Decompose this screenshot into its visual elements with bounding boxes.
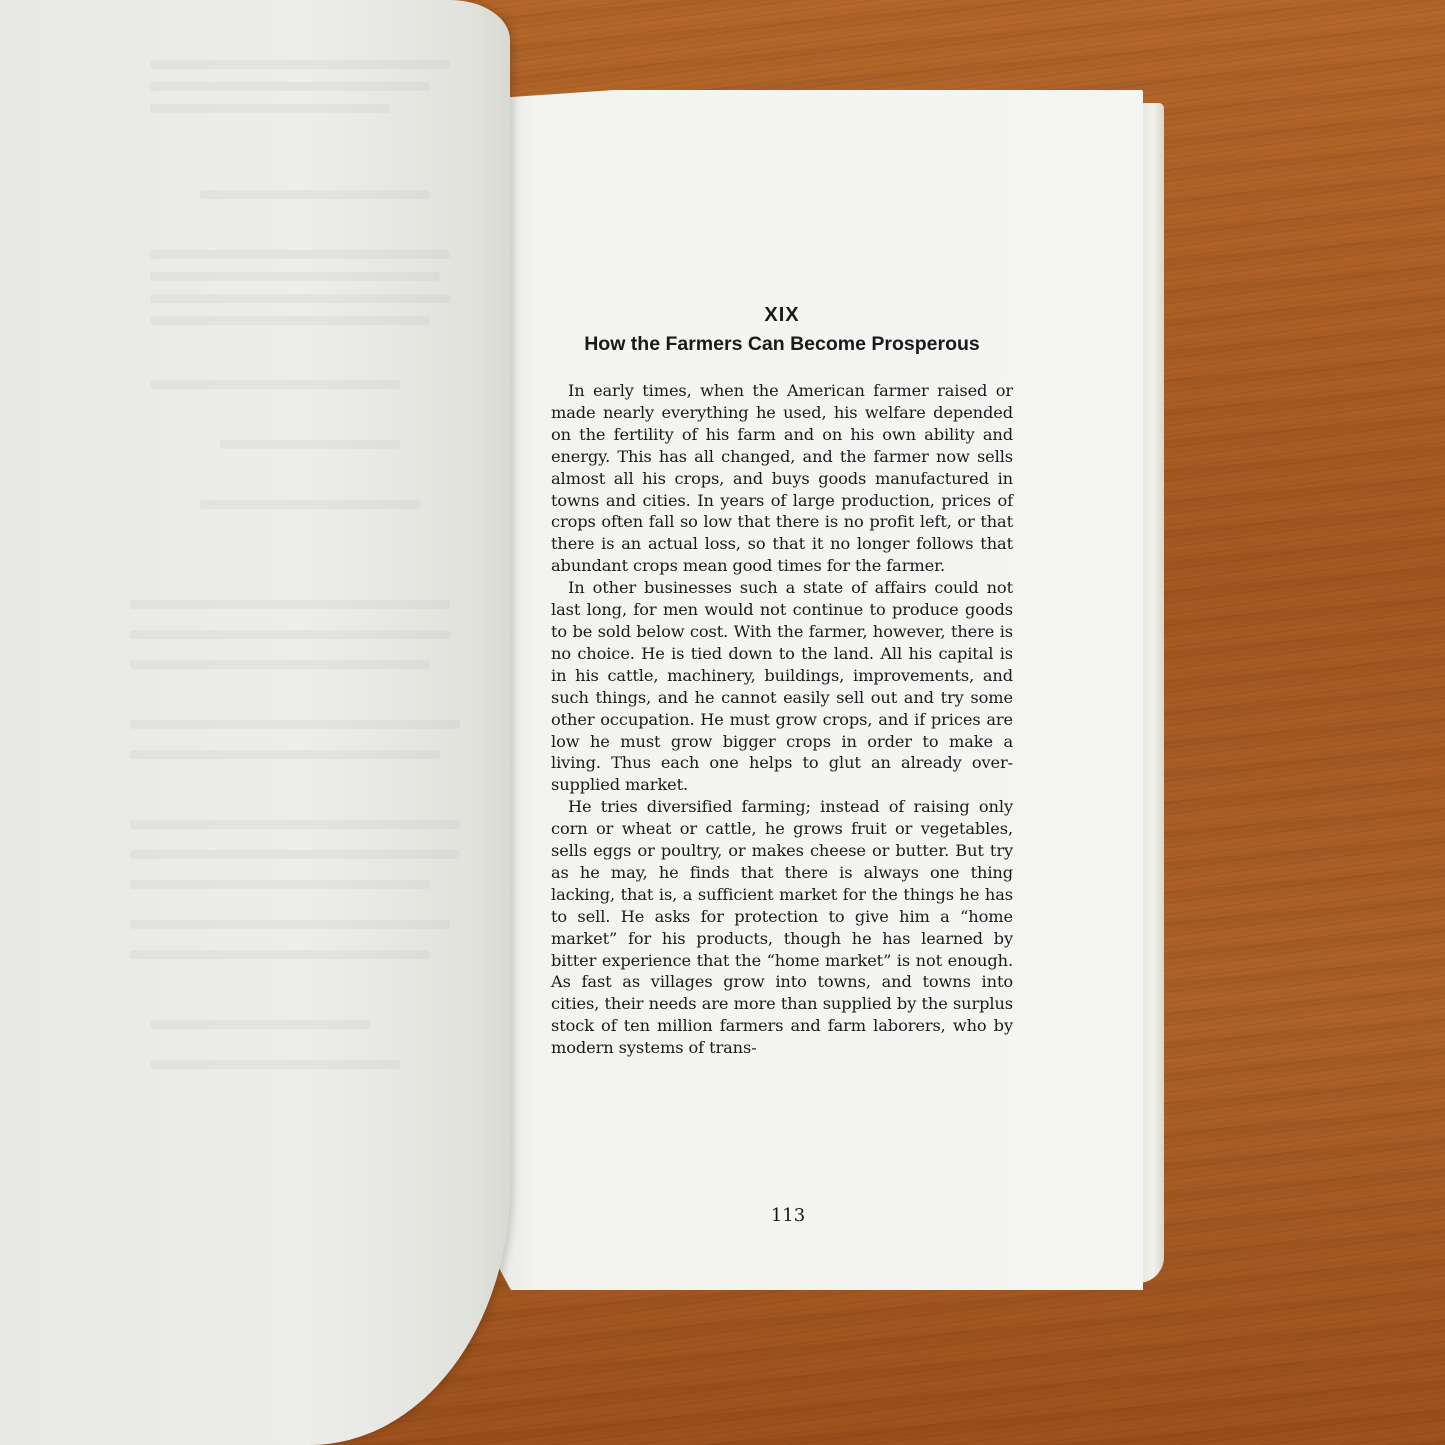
- bleed-through-text: [150, 1060, 400, 1069]
- bleed-through-text: [130, 850, 460, 859]
- bleed-through-text: [130, 920, 450, 929]
- bleed-through-text: [130, 660, 430, 669]
- page-number: 113: [758, 1205, 818, 1226]
- bleed-through-text: [130, 750, 440, 759]
- paragraph: In early times, when the American farmer…: [551, 380, 1013, 577]
- bleed-through-text: [130, 820, 460, 829]
- bleed-through-text: [150, 380, 400, 389]
- page-text: XIX How the Farmers Can Become Prosperou…: [551, 300, 1013, 1059]
- bleed-through-text: [150, 250, 450, 259]
- chapter-title: How the Farmers Can Become Prosperous: [551, 330, 1013, 358]
- bleed-through-text: [150, 294, 450, 303]
- paragraph: In other businesses such a state of affa…: [551, 577, 1013, 796]
- bleed-through-text: [150, 60, 450, 69]
- paragraph: He tries diversified farming; instead of…: [551, 796, 1013, 1059]
- bleed-through-text: [130, 600, 450, 609]
- bleed-through-text: [200, 500, 420, 509]
- bleed-through-text: [200, 190, 430, 199]
- bleed-through-text: [150, 316, 430, 325]
- bleed-through-text: [150, 82, 430, 91]
- left-page: [0, 0, 510, 1445]
- bleed-through-text: [150, 104, 390, 113]
- bleed-through-text: [150, 272, 440, 281]
- bleed-through-text: [130, 880, 430, 889]
- bleed-through-text: [150, 1020, 370, 1029]
- bleed-through-text: [130, 950, 430, 959]
- bleed-through-text: [130, 720, 460, 729]
- bleed-through-text: [130, 630, 450, 639]
- bleed-through-text: [220, 440, 400, 449]
- chapter-number: XIX: [551, 300, 1013, 330]
